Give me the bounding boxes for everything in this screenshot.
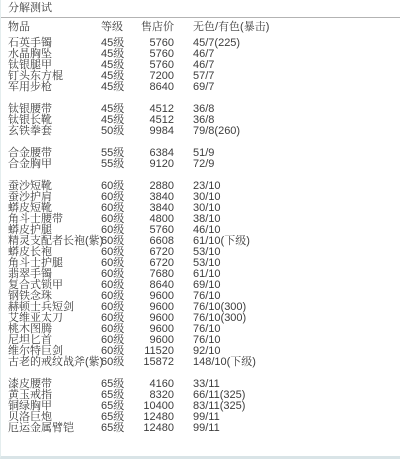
cell-ratio: 99/11 bbox=[174, 423, 400, 434]
cell-level: 55级 bbox=[101, 159, 141, 170]
cell-level: 50级 bbox=[101, 126, 141, 137]
cell-price: 9984 bbox=[141, 126, 174, 137]
cell-price: 15872 bbox=[141, 357, 174, 368]
cell-ratio: 72/9 bbox=[174, 159, 400, 170]
item-group: 石英手镯45级576045/7(225)水晶胸坠45级576046/7钛银腿甲4… bbox=[8, 38, 400, 93]
page-title: 分解测试 bbox=[1, 0, 400, 15]
table-row: 古老的戒纹战斧(紫)60级15872148/10(下级) bbox=[8, 357, 400, 368]
table-row: 玄铁拳套50级998479/8(260) bbox=[8, 126, 400, 137]
cell-level: 65级 bbox=[101, 423, 141, 434]
cell-level: 60级 bbox=[101, 357, 141, 368]
table-row: 军用步枪45级864069/7 bbox=[8, 82, 400, 93]
item-group: 钛银腰带45级451236/8钛银长靴45级451236/8玄铁拳套50级998… bbox=[8, 104, 400, 137]
cell-price: 12480 bbox=[141, 423, 174, 434]
table-row: 厄运金属臂铠65级1248099/11 bbox=[8, 423, 400, 434]
col-header-level: 等级 bbox=[101, 22, 141, 33]
item-group: 合金腰带55级638451/9合金胸甲55级912072/9 bbox=[8, 148, 400, 170]
cell-item: 军用步枪 bbox=[8, 82, 101, 93]
cell-level: 45级 bbox=[101, 82, 141, 93]
cell-item: 厄运金属臂铠 bbox=[8, 423, 101, 434]
col-header-item: 物品 bbox=[8, 22, 101, 33]
table-header-row: 物品 等级 售店价 无色/有色(暴击) bbox=[8, 22, 400, 33]
item-group: 蚕沙短靴60级288023/10蚕沙护肩60级384030/10蟒皮短靴60级3… bbox=[8, 181, 400, 368]
cell-price: 9120 bbox=[141, 159, 174, 170]
item-group: 漆皮腰带65级416033/11黄玉戒指65级832066/11(325)铜绿胸… bbox=[8, 379, 400, 434]
cell-item: 古老的戒纹战斧(紫) bbox=[8, 357, 101, 368]
page: 分解测试 物品 等级 售店价 无色/有色(暴击) 石英手镯45级576045/7… bbox=[0, 0, 400, 459]
table-row: 合金胸甲55级912072/9 bbox=[8, 159, 400, 170]
cell-ratio: 148/10(下级) bbox=[174, 357, 400, 368]
col-header-price: 售店价 bbox=[141, 22, 174, 33]
cell-ratio: 79/8(260) bbox=[174, 126, 400, 137]
cell-item: 玄铁拳套 bbox=[8, 126, 101, 137]
table-body: 石英手镯45级576045/7(225)水晶胸坠45级576046/7钛银腿甲4… bbox=[8, 38, 400, 434]
item-table: 物品 等级 售店价 无色/有色(暴击) 石英手镯45级576045/7(225)… bbox=[1, 18, 400, 434]
cell-ratio: 69/7 bbox=[174, 82, 400, 93]
cell-price: 8640 bbox=[141, 82, 174, 93]
col-header-ratio: 无色/有色(暴击) bbox=[174, 22, 400, 33]
cell-item: 合金胸甲 bbox=[8, 159, 101, 170]
